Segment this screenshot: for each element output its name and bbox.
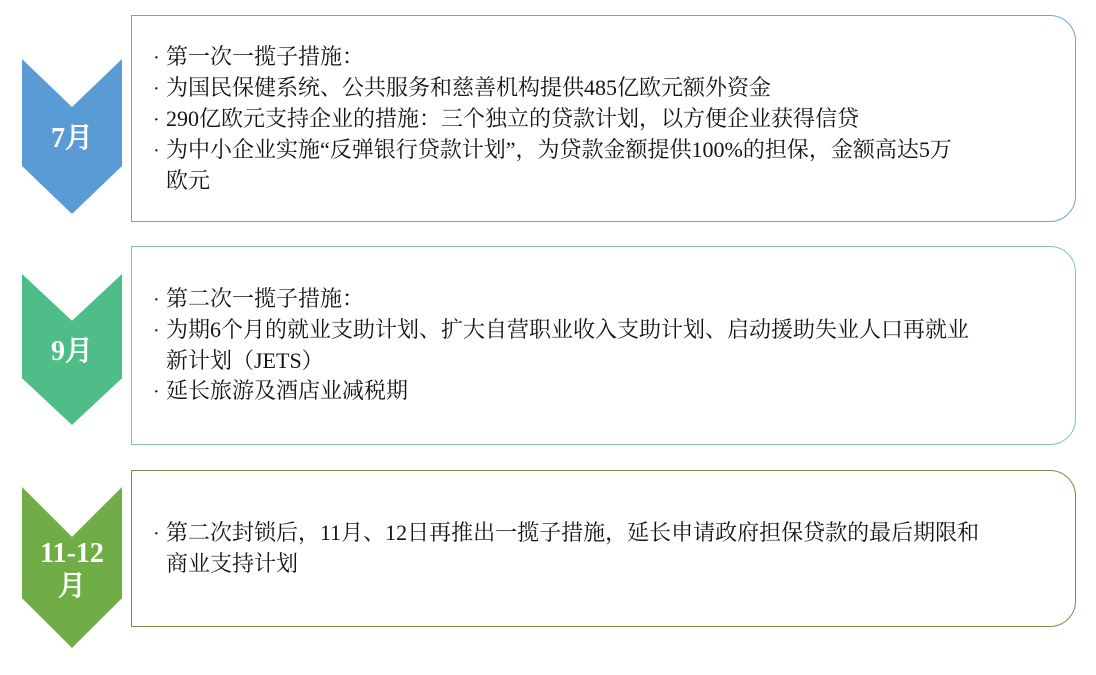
measure-text: 第二次封锁后，11月、12日再推出一揽子措施，延长申请政府担保贷款的最后期限和 [166, 520, 979, 545]
bullet-icon: · [153, 285, 166, 315]
measure-text: 第二次一揽子措施： [166, 286, 364, 311]
measure-text: 商业支持计划 [166, 551, 298, 576]
bullet-icon: · [153, 136, 166, 166]
measure-line: ·为期6个月的就业支助计划、扩大自营职业收入支助计划、启动援助失业人口再就业 [153, 315, 1051, 346]
measures-list-nov-dec: ·第二次封锁后，11月、12日再推出一揽子措施，延长申请政府担保贷款的最后期限和… [132, 518, 1075, 579]
bullet-icon: · [153, 74, 166, 104]
timeline-arrow-july: 7月 [22, 59, 122, 214]
measure-line: ·290亿欧元支持企业的措施：三个独立的贷款计划，以方便企业获得信贷 [153, 104, 1051, 135]
timeline-diagram: 7月 ·第一次一揽子措施： ·为国民保健系统、公共服务和慈善机构提供485亿欧元… [0, 0, 1096, 675]
measure-line: ·第二次一揽子措施： [153, 284, 1051, 315]
bullet-icon: · [153, 43, 166, 73]
measure-text: 290亿欧元支持企业的措施：三个独立的贷款计划，以方便企业获得信贷 [166, 106, 859, 131]
measure-line: ·第二次封锁后，11月、12日再推出一揽子措施，延长申请政府担保贷款的最后期限和 [153, 518, 1051, 549]
arrow-label-nov-dec: 11-12 月 [40, 538, 104, 602]
measure-line-continuation: 新计划（JETS） [153, 346, 1051, 376]
measures-box-nov-dec: ·第二次封锁后，11月、12日再推出一揽子措施，延长申请政府担保贷款的最后期限和… [131, 470, 1076, 627]
measures-list-september: ·第二次一揽子措施： ·为期6个月的就业支助计划、扩大自营职业收入支助计划、启动… [132, 284, 1075, 407]
bullet-icon: · [153, 377, 166, 407]
measure-text: 延长旅游及酒店业减税期 [166, 378, 408, 403]
measure-line: ·为国民保健系统、公共服务和慈善机构提供485亿欧元额外资金 [153, 73, 1051, 104]
measure-text: 欧元 [166, 168, 210, 193]
measure-text: 为期6个月的就业支助计划、扩大自营职业收入支助计划、启动援助失业人口再就业 [166, 317, 969, 342]
measures-list-july: ·第一次一揽子措施： ·为国民保健系统、公共服务和慈善机构提供485亿欧元额外资… [132, 42, 1075, 196]
measure-line: ·延长旅游及酒店业减税期 [153, 376, 1051, 407]
timeline-arrow-nov-dec: 11-12 月 [22, 487, 122, 648]
arrow-label-july: 7月 [51, 123, 93, 155]
measure-text: 为国民保健系统、公共服务和慈善机构提供485亿欧元额外资金 [166, 75, 771, 100]
arrow-label-september: 9月 [51, 336, 93, 368]
measures-box-september: ·第二次一揽子措施： ·为期6个月的就业支助计划、扩大自营职业收入支助计划、启动… [131, 246, 1076, 445]
measure-line-continuation: 欧元 [153, 166, 1051, 196]
measure-line: ·为中小企业实施“反弹银行贷款计划”，为贷款金额提供100%的担保，金额高达5万 [153, 135, 1051, 166]
bullet-icon: · [153, 105, 166, 135]
bullet-icon: · [153, 519, 166, 549]
measure-line: ·第一次一揽子措施： [153, 42, 1051, 73]
bullet-icon: · [153, 316, 166, 346]
measure-text: 第一次一揽子措施： [166, 44, 364, 69]
measure-line-continuation: 商业支持计划 [153, 549, 1051, 579]
timeline-arrow-september: 9月 [22, 274, 122, 425]
measure-text: 新计划（JETS） [166, 348, 324, 373]
measures-box-july: ·第一次一揽子措施： ·为国民保健系统、公共服务和慈善机构提供485亿欧元额外资… [131, 15, 1076, 222]
measure-text: 为中小企业实施“反弹银行贷款计划”，为贷款金额提供100%的担保，金额高达5万 [166, 137, 952, 162]
